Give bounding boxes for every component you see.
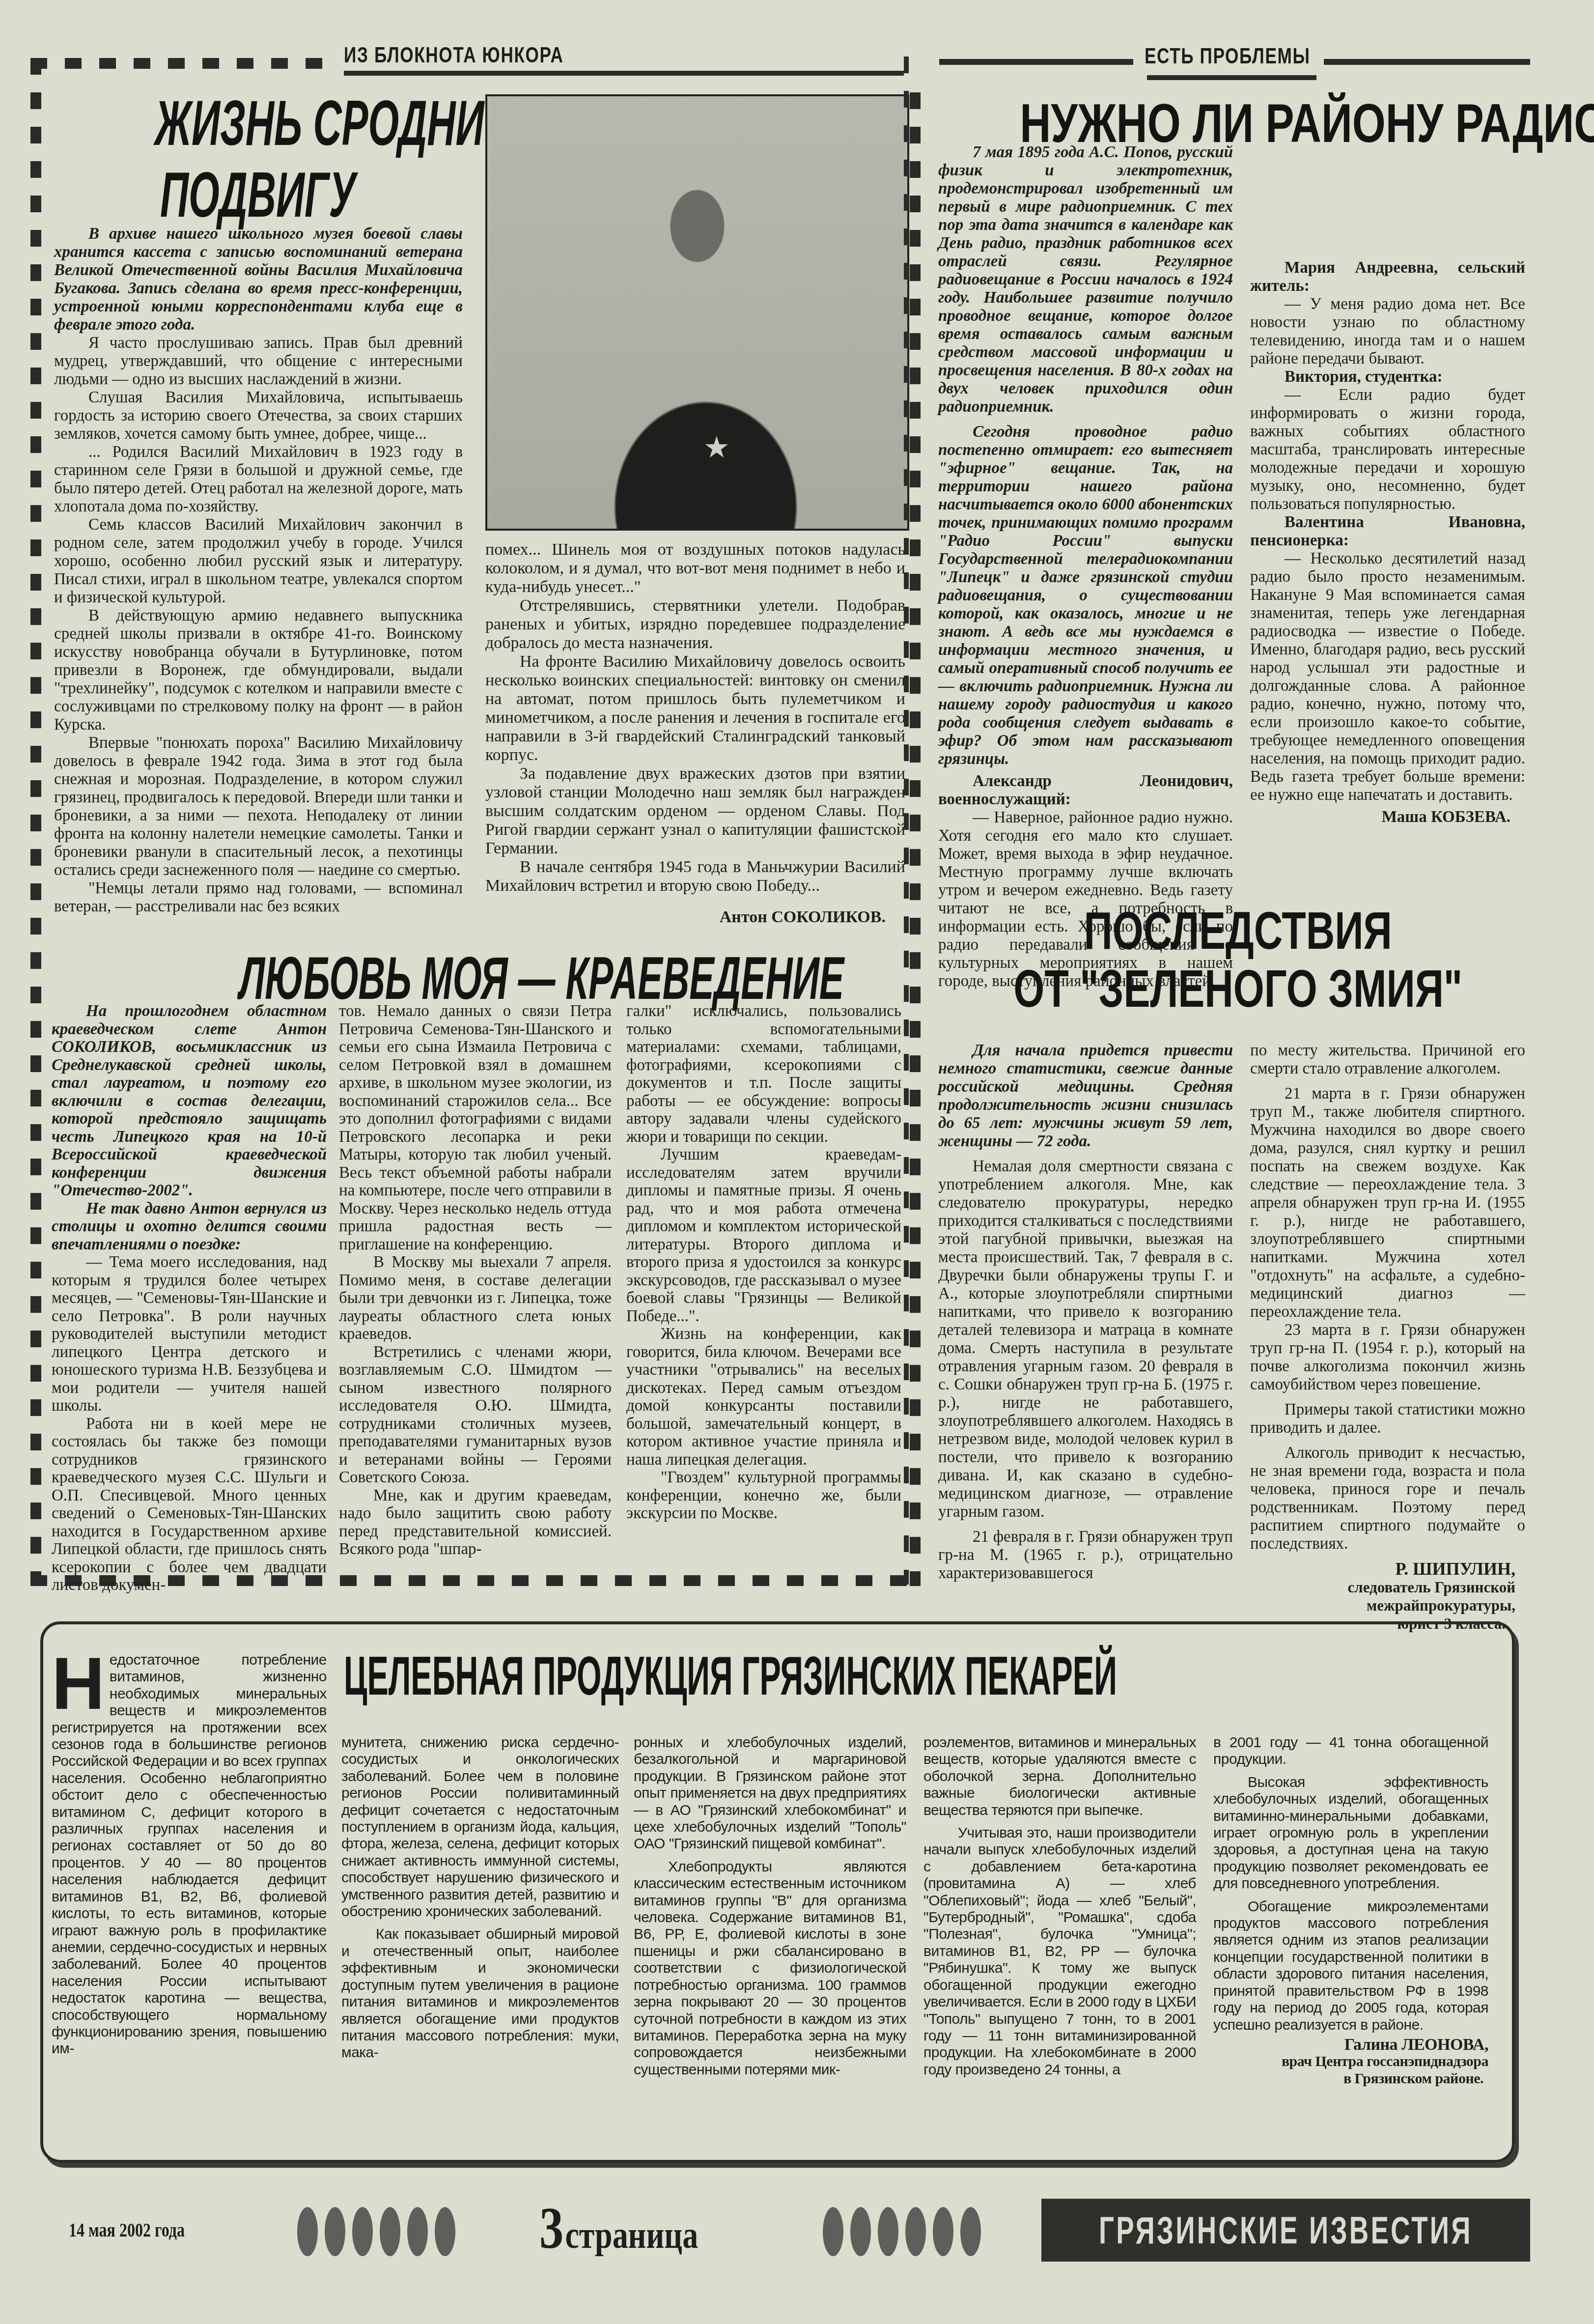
page-number: 3 xyxy=(539,2195,563,2261)
star-medal-icon: ★ xyxy=(703,430,730,465)
zmiy-lead: Для начала придется привести немного ста… xyxy=(938,1042,1233,1151)
bakery-byline-role: в Грязинском районе. xyxy=(1213,2070,1483,2087)
kraevedenie-paragraph: — Тема моего исследования, над которым я… xyxy=(52,1253,327,1415)
hero-paragraph: Семь классов Василий Михайлович закончил… xyxy=(54,516,463,607)
kraevedenie-paragraph: Мне, как и другим краеведам, надо было з… xyxy=(339,1487,612,1559)
kraevedenie-col2: тов. Немало данных о связи Петра Петрови… xyxy=(339,1002,612,1559)
radio-lead: 7 мая 1895 года А.С. Попов, русский физи… xyxy=(938,143,1233,416)
hero-title-line2: ПОДВИГУ xyxy=(160,163,356,227)
kraevedenie-col1: На прошлогоднем областном краеведческом … xyxy=(52,1002,327,1594)
bakery-paragraph: роэлементов, витаминов и минеральных вещ… xyxy=(923,1734,1196,1819)
bakery-byline-name: Галина ЛЕОНОВА, xyxy=(1213,2037,1488,2053)
hero-title-line1: ЖИЗНЬ СРОДНИ xyxy=(155,91,484,155)
zmiy-col2: по месту жительства. Причиной его смерти… xyxy=(1250,1042,1525,1633)
issue-date: 14 мая 2002 года xyxy=(69,2218,185,2241)
kraevedenie-col3: галки" исключались, пользовались только … xyxy=(626,1002,901,1523)
bakery-dropcap: Н xyxy=(52,1654,105,1713)
radio-speaker-name: Виктория, студентка: xyxy=(1250,368,1525,386)
radio-rubric-rule-right xyxy=(1324,59,1530,65)
zmiy-title: ПОСЛЕДСТВИЯ ОТ "ЗЕЛЕНОГО ЗМИЯ" xyxy=(933,904,1542,1015)
hero-rubric-underline xyxy=(344,71,904,76)
hero-byline: Антон СОКОЛИКОВ. xyxy=(485,908,886,927)
hero-paragraph: Впервые "понюхать пороха" Василию Михайл… xyxy=(54,734,463,879)
kraevedenie-lead: На прошлогоднем областном краеведческом … xyxy=(52,1002,327,1200)
bakery-col3: ронных и хлебобулочных изделий, безалког… xyxy=(634,1734,906,2078)
kraevedenie-paragraph: В Москву мы выехали 7 апреля. Помимо мен… xyxy=(339,1253,612,1343)
zmiy-byline-name: Р. ШИПУЛИН, xyxy=(1250,1560,1515,1578)
kraevedenie-title: ЛЮБОВЬ МОЯ — КРАЕВЕДЕНИЕ xyxy=(54,948,904,1008)
page-number-label: 3 страница xyxy=(539,2201,698,2257)
bakery-col1: Н едостаточное потребление витаминов, жи… xyxy=(52,1652,327,2058)
kraevedenie-paragraph: Жизнь на конференции, как говорится, бил… xyxy=(626,1325,901,1469)
newspaper-title: ГРЯЗИНСКИЕ ИЗВЕСТИЯ xyxy=(1099,2208,1473,2253)
hero-paragraph: помех... Шинель моя от воздушных потоков… xyxy=(485,540,905,596)
radio-rubric-underline xyxy=(1147,75,1316,80)
bakery-col4: роэлементов, витаминов и минеральных вещ… xyxy=(923,1734,1196,2078)
radio-col2: Мария Андреевна, сельский житель: — У ме… xyxy=(1250,143,1525,826)
hero-paragraph: На фронте Василию Михайловичу довелось о… xyxy=(485,652,905,765)
bakery-col5: в 2001 году — 41 тонна обогащенной проду… xyxy=(1213,1734,1488,2087)
zmiy-byline-role: следователь Грязинской xyxy=(1250,1578,1515,1596)
hero-paragraph: ... Родился Василий Михайлович в 1923 го… xyxy=(54,443,463,516)
radio-title: НУЖНО ЛИ РАЙОНУ РАДИО? xyxy=(933,96,1542,151)
radio-rubric-rule-left xyxy=(939,59,1133,65)
hero-paragraph: "Немцы летали прямо над головами, — вспо… xyxy=(54,879,463,916)
veteran-photo: ★ xyxy=(485,94,909,531)
zmiy-paragraph: Алкоголь приводит к несчастью, не зная в… xyxy=(1250,1444,1525,1553)
newspaper-masthead: ГРЯЗИНСКИЕ ИЗВЕСТИЯ xyxy=(1041,2199,1530,2262)
zmiy-byline-role: межрайпрокуратуры, xyxy=(1250,1596,1515,1615)
radio-speaker-name: Мария Андреевна, сельский житель: xyxy=(1250,259,1525,295)
zmiy-paragraph: 21 марта в г. Грязи обнаружен труп М., т… xyxy=(1250,1085,1525,1321)
radio-speaker-quote: — Несколько десятилетий назад радио было… xyxy=(1250,550,1525,804)
bakery-paragraph: Как показывает обширный мировой и отечес… xyxy=(341,1926,619,2061)
hero-paragraph: Слушая Василия Михайловича, испытываешь … xyxy=(54,389,463,443)
bakery-paragraph: Обогащение микроэлементами продуктов мас… xyxy=(1213,1899,1488,2034)
hero-paragraph: В начале сентября 1945 года в Маньчжурии… xyxy=(485,858,905,895)
bakery-col2: мунитета, снижению риска сердечно-сосуди… xyxy=(341,1734,619,2062)
zmiy-paragraph: 23 марта в г. Грязи обнаружен труп гр-на… xyxy=(1250,1321,1525,1394)
zmiy-paragraph: Немалая доля смертности связана с употре… xyxy=(938,1158,1233,1521)
hero-title: ЖИЗНЬ СРОДНИ ПОДВИГУ xyxy=(54,91,462,227)
zmiy-paragraph: Примеры такой статистики можно приводить… xyxy=(1250,1401,1525,1437)
radio-speaker-name: Александр Леонидович, военнослужащий: xyxy=(938,772,1233,809)
kraevedenie-paragraph: Встретились с членами жюри, возглавляемы… xyxy=(339,1343,612,1487)
hero-paragraph: Я часто прослушиваю запись. Прав был дре… xyxy=(54,334,463,389)
bakery-paragraph: в 2001 году — 41 тонна обогащенной проду… xyxy=(1213,1734,1488,1768)
page-word: страница xyxy=(565,2213,698,2256)
kraevedenie-paragraph: Лучшим краеведам-исследователям затем вр… xyxy=(626,1146,901,1325)
hero-lead-and-col1: В архиве нашего школьного музея боевой с… xyxy=(54,225,463,916)
zmiy-paragraph: по месту жительства. Причиной его смерти… xyxy=(1250,1042,1525,1078)
hero-paragraph: В действующую армию недавнего выпускника… xyxy=(54,607,463,734)
zmiy-paragraph: 21 февраля в г. Грязи обнаружен труп гр-… xyxy=(938,1528,1233,1583)
kraevedenie-paragraph: тов. Немало данных о связи Петра Петрови… xyxy=(339,1002,612,1253)
bakery-paragraph: Хлебопродукты являются классическим есте… xyxy=(634,1859,906,2078)
bakery-paragraph: Учитывая это, наши производители начали … xyxy=(923,1825,1196,2078)
hero-paragraph: За подавление двух вражеских дзотов при … xyxy=(485,765,905,858)
bakery-byline-role: врач Центра госсанэпиднадзора xyxy=(1213,2053,1488,2070)
kraevedenie-paragraph: Работа ни в коей мере не состоялась бы т… xyxy=(52,1415,327,1594)
kraevedenie-paragraph: "Гвоздем" культурной программы конференц… xyxy=(626,1469,901,1523)
radio-lead: Сегодня проводное радио постепенно отмир… xyxy=(938,423,1233,768)
footer-dots-right xyxy=(823,2207,981,2256)
hero-col2: помех... Шинель моя от воздушных потоков… xyxy=(485,540,905,927)
radio-left-divider xyxy=(904,57,909,1585)
bakery-paragraph: Высокая эффективность хлебобулочных изде… xyxy=(1213,1774,1488,1893)
kraevedenie-lead: Не так давно Антон вернулся из столицы и… xyxy=(52,1200,327,1254)
bakery-paragraph: мунитета, снижению риска сердечно-сосуди… xyxy=(341,1734,619,1920)
radio-speaker-name: Валентина Ивановна, пенсионерка: xyxy=(1250,513,1525,550)
footer-dots-left xyxy=(297,2207,455,2256)
hero-lead: В архиве нашего школьного музея боевой с… xyxy=(54,225,463,334)
radio-rubric: ЕСТЬ ПРОБЛЕМЫ xyxy=(1145,44,1310,69)
hero-paragraph: Отстрелявшись, стервятники улетели. Подо… xyxy=(485,596,905,652)
zmiy-col1: Для начала придется привести немного ста… xyxy=(938,1042,1233,1583)
radio-speaker-quote: — У меня радио дома нет. Все новости узн… xyxy=(1250,295,1525,368)
kraevedenie-paragraph: галки" исключались, пользовались только … xyxy=(626,1002,901,1146)
hero-rubric: ИЗ БЛОКНОТА ЮНКОРА xyxy=(344,43,564,68)
bakery-paragraph: ронных и хлебобулочных изделий, безалког… xyxy=(634,1734,906,1853)
radio-col1: 7 мая 1895 года А.С. Попов, русский физи… xyxy=(938,143,1233,991)
radio-speaker-quote: — Если радио будет информировать о жизни… xyxy=(1250,386,1525,513)
radio-byline: Маша КОБЗЕВА. xyxy=(1250,808,1510,826)
bakery-title: ЦЕЛЕБНАЯ ПРОДУКЦИЯ ГРЯЗИНСКИХ ПЕКАРЕЙ xyxy=(344,1648,1425,1703)
